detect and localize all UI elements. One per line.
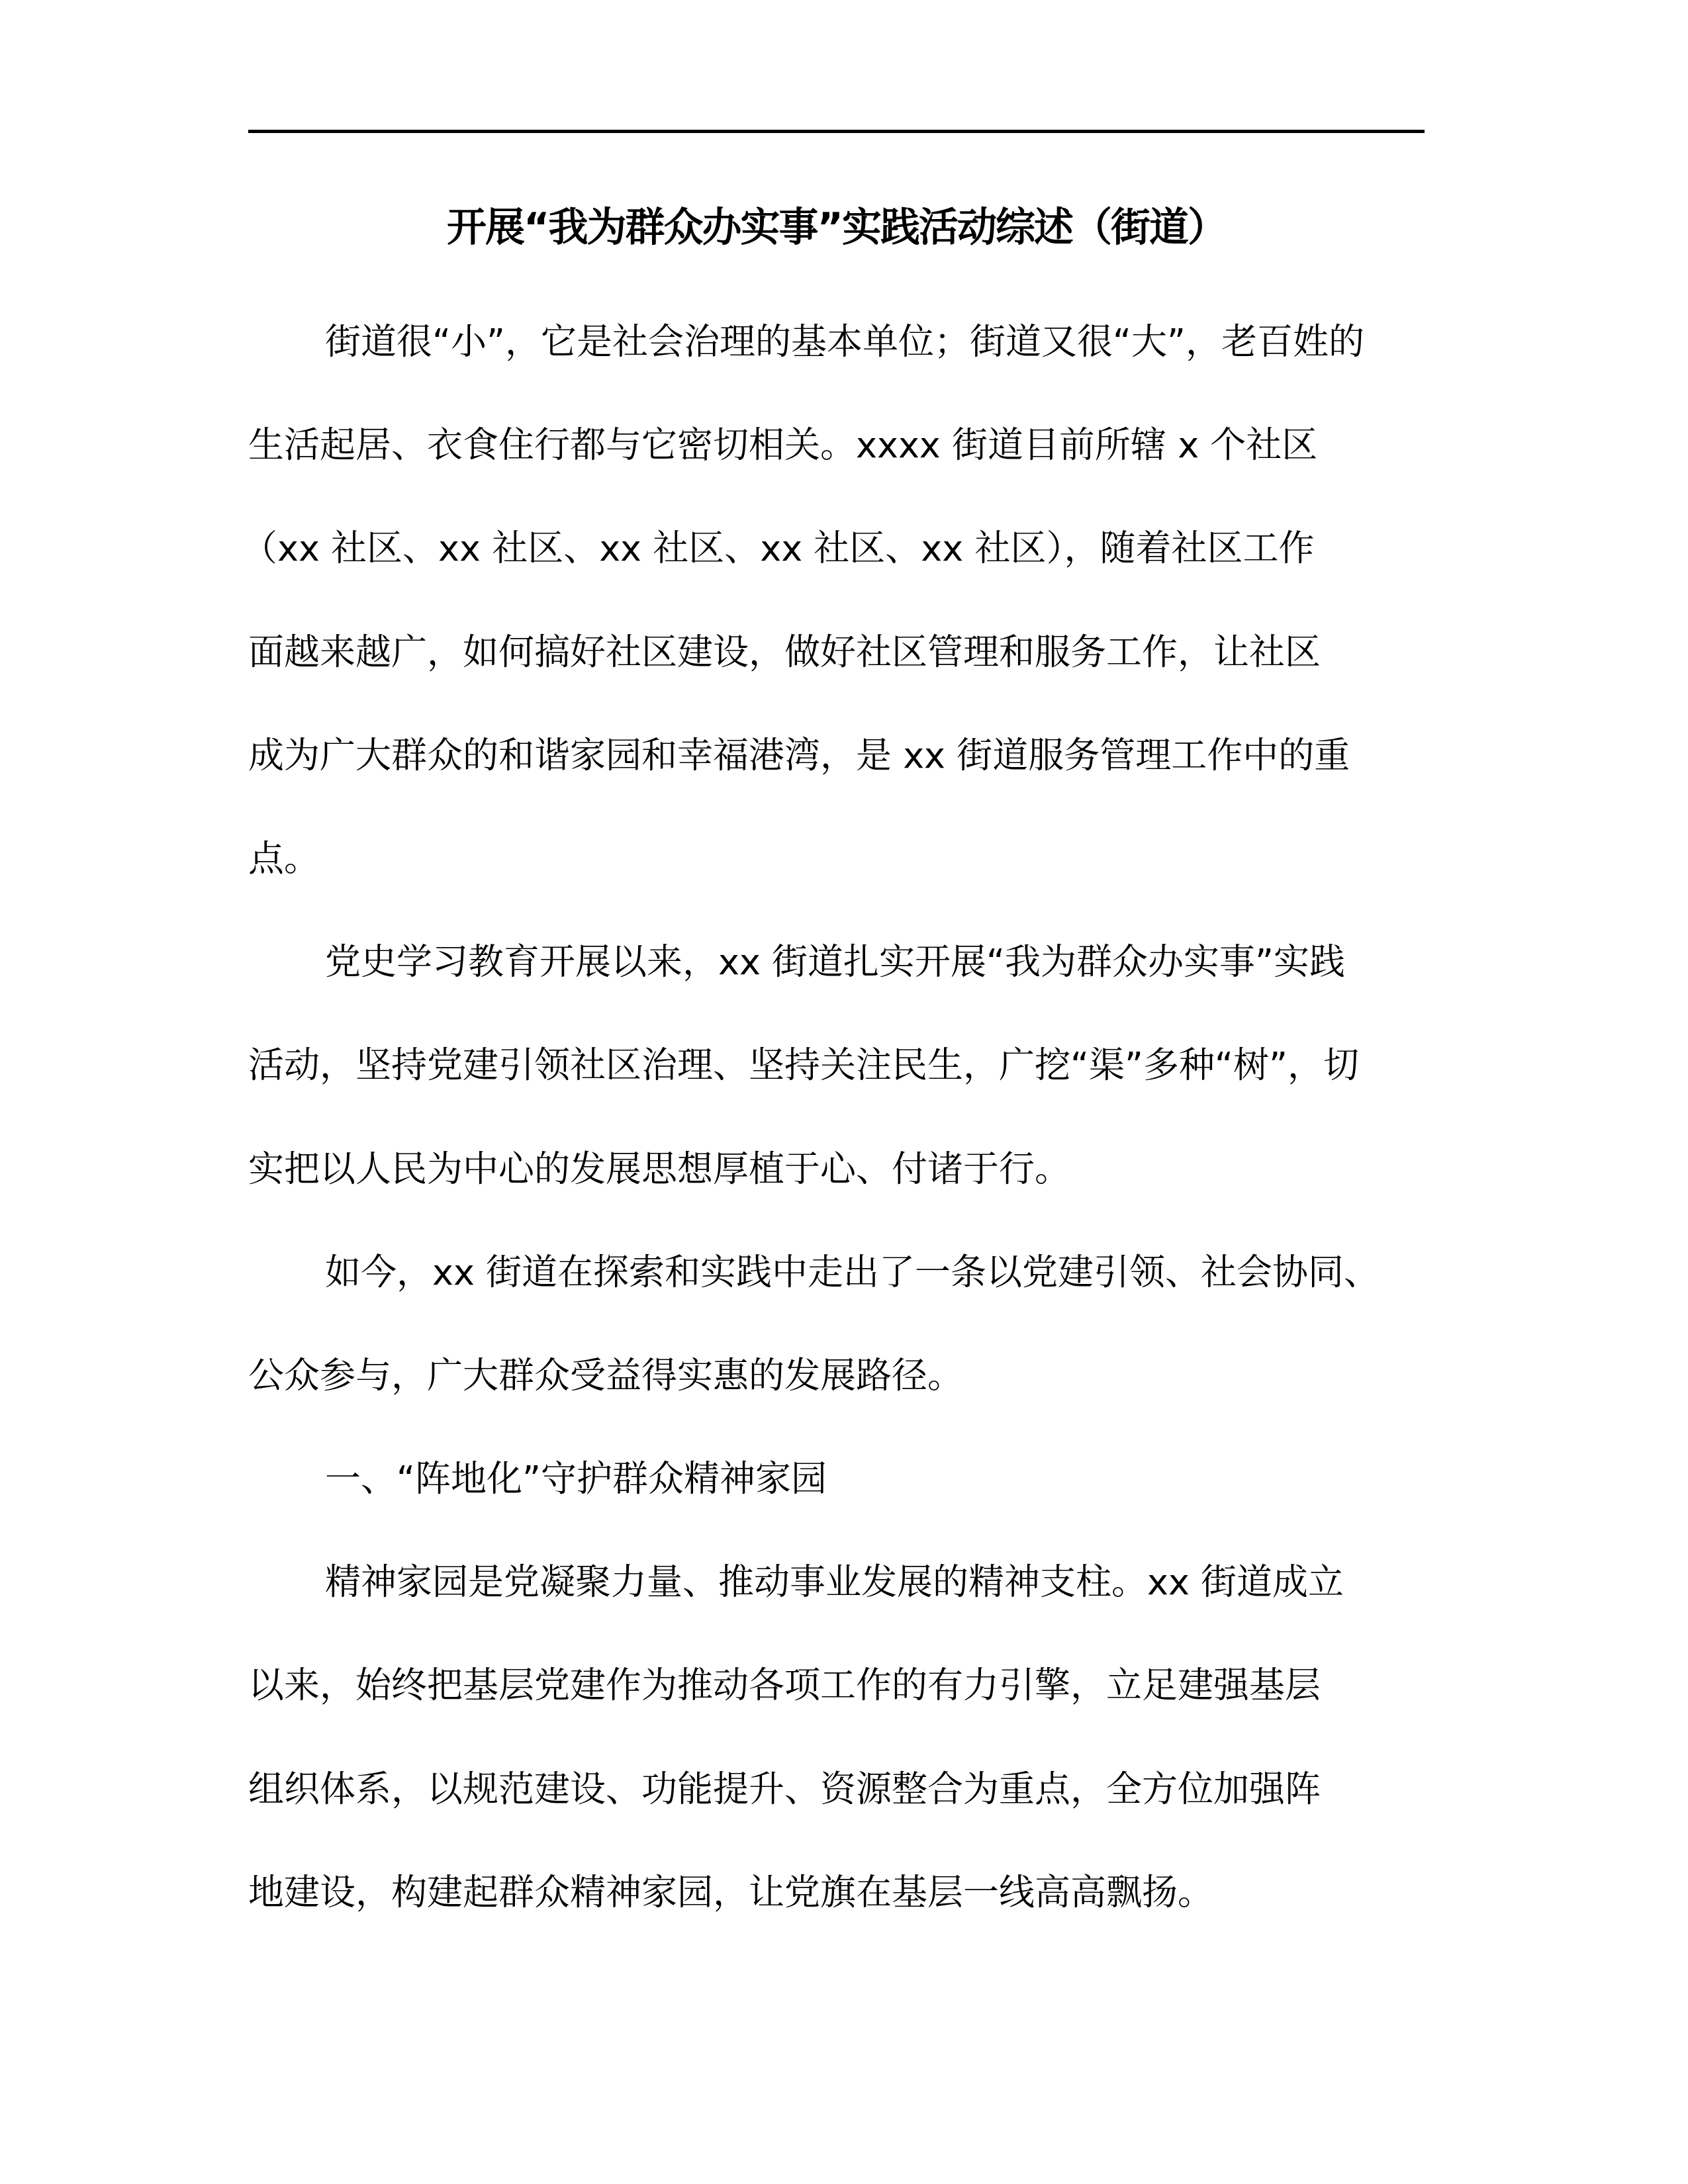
text-line: 生活起居、衣食住行都与它密切相关。xxxx 街道目前所辖 x 个社区 [248,394,1440,497]
paragraph-development-path: 如今，xx 街道在探索和实践中走出了一条以党建引领、社会协同、 公众参与，广大群… [248,1221,1440,1428]
text-line: （xx 社区、xx 社区、xx 社区、xx 社区、xx 社区），随着社区工作 [242,497,1440,600]
text-line: 活动，坚持党建引领社区治理、坚持关注民生，广挖“渠”多种“树”，切 [248,1014,1440,1117]
text-line: 如今，xx 街道在探索和实践中走出了一条以党建引领、社会协同、 [248,1221,1440,1324]
text-line: 组织体系，以规范建设、功能提升、资源整合为重点，全方位加强阵 [248,1738,1440,1841]
text-line: 精神家园是党凝聚力量、推动事业发展的精神支柱。xx 街道成立 [248,1531,1440,1634]
text-line: 街道很“小”，它是社会治理的基本单位；街道又很“大”，老百姓的 [248,291,1440,394]
text-line: 党史学习教育开展以来，xx 街道扎实开展“我为群众办实事”实践 [248,911,1440,1014]
section-heading-text: 一、“阵地化”守护群众精神家园 [248,1428,1440,1531]
text-line: 以来，始终把基层党建作为推动各项工作的有力引擎，立足建强基层 [248,1634,1440,1737]
text-line: 实把以人民为中心的发展思想厚植于心、付诸于行。 [248,1118,1440,1221]
document-title: 开展“我为群众办实事”实践活动综述（街道） [248,199,1425,257]
text-line: 成为广大群众的和谐家园和幸福港湾，是 xx 街道服务管理工作中的重 [248,704,1440,807]
text-line: 地建设，构建起群众精神家园，让党旗在基层一线高高飘扬。 [248,1841,1440,1944]
text-line: 面越来越广，如何搞好社区建设，做好社区管理和服务工作，让社区 [248,601,1440,704]
paragraph-intro: 街道很“小”，它是社会治理的基本单位；街道又很“大”，老百姓的 生活起居、衣食住… [248,291,1440,911]
text-line: 公众参与，广大群众受益得实惠的发展路径。 [248,1324,1440,1428]
text-line: 点。 [248,807,1440,911]
header-rule [248,130,1425,133]
document-body: 街道很“小”，它是社会治理的基本单位；街道又很“大”，老百姓的 生活起居、衣食住… [248,291,1440,1944]
paragraph-party-history: 党史学习教育开展以来，xx 街道扎实开展“我为群众办实事”实践 活动，坚持党建引… [248,911,1440,1221]
section-heading-1: 一、“阵地化”守护群众精神家园 [248,1428,1440,1531]
paragraph-spiritual-home: 精神家园是党凝聚力量、推动事业发展的精神支柱。xx 街道成立 以来，始终把基层党… [248,1531,1440,1944]
